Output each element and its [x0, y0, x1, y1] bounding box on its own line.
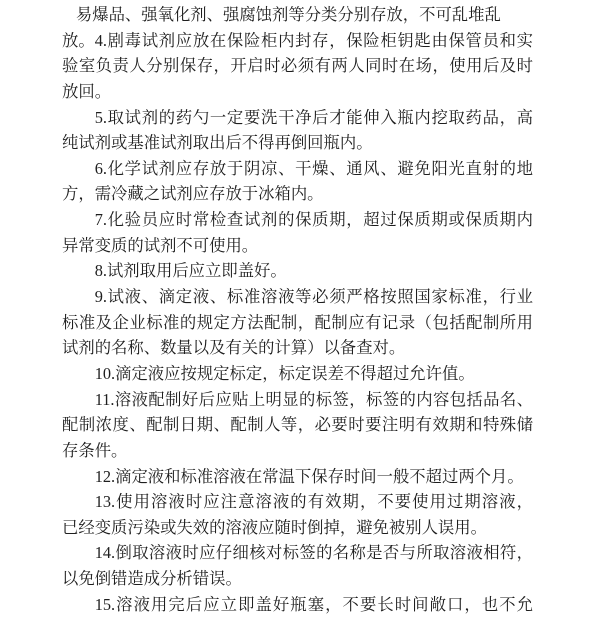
text-line: 以免倒错造成分析错误。 [62, 566, 533, 592]
text-line: 7.化验员应时常检查试剂的保质期，超过保质期或保质期内 [62, 207, 533, 233]
text-line: 4.剧毒试剂应放在保险柜内封存，保险柜钥匙由保管员和实 [62, 28, 533, 54]
text-line: 配制浓度、配制日期、配制人等，必要时要注明有效期和特殊储 [62, 412, 533, 438]
text-line: 存条件。 [62, 438, 533, 464]
text-line: 11.溶液配制好后应贴上明显的标签，标签的内容包括品名、 [62, 387, 533, 413]
text-line: 异常变质的试剂不可使用。 [62, 233, 533, 259]
text-line: 方，需冷藏之试剂应存放于冰箱内。 [62, 181, 533, 207]
text-line: 试剂的名称、数量以及有关的计算）以备查对。 [62, 335, 533, 361]
text-line: 6.化学试剂应存放于阴凉、干燥、通风、避免阳光直射的地 [62, 156, 533, 182]
text-line: 8.试剂取用后应立即盖好。 [62, 258, 533, 284]
text-line: 14.倒取溶液时应仔细核对标签的名称是否与所取溶液相符， [62, 540, 533, 566]
text-line: 10.滴定液应按规定标定，标定误差不得超过允许值。 [62, 361, 533, 387]
text-line: 12.滴定液和标准溶液在常温下保存时间一般不超过两个月。 [62, 464, 533, 490]
text-line: 易爆品、强氧化剂、强腐蚀剂等分类分别存放，不可乱堆乱放。 [62, 2, 533, 28]
text-line: 验室负责人分别保存，开启时必须有两人同时在场，使用后及时 [62, 53, 533, 79]
text-line: 放回。 [62, 79, 533, 105]
text-line: 纯试剂或基准试剂取出后不得再倒回瓶内。 [62, 130, 533, 156]
text-line: 15.溶液用完后应立即盖好瓶塞，不要长时间敞口，也不允 [62, 592, 533, 618]
text-line: 已经变质污染或失效的溶液应随时倒掉，避免被别人误用。 [62, 515, 533, 541]
text-line: 9.试液、滴定液、标准溶液等必须严格按照国家标准，行业 [62, 284, 533, 310]
text-line: 标准及企业标准的规定方法配制，配制应有记录（包括配制所用 [62, 310, 533, 336]
text-line: 13.使用溶液时应注意溶液的有效期，不要使用过期溶液， [62, 489, 533, 515]
text-block: 易爆品、强氧化剂、强腐蚀剂等分类分别存放，不可乱堆乱放。4.剧毒试剂应放在保险柜… [62, 2, 533, 617]
document-page: 易爆品、强氧化剂、强腐蚀剂等分类分别存放，不可乱堆乱放。4.剧毒试剂应放在保险柜… [0, 0, 591, 623]
text-line: 5.取试剂的药勺一定要洗干净后才能伸入瓶内挖取药品，高 [62, 105, 533, 131]
